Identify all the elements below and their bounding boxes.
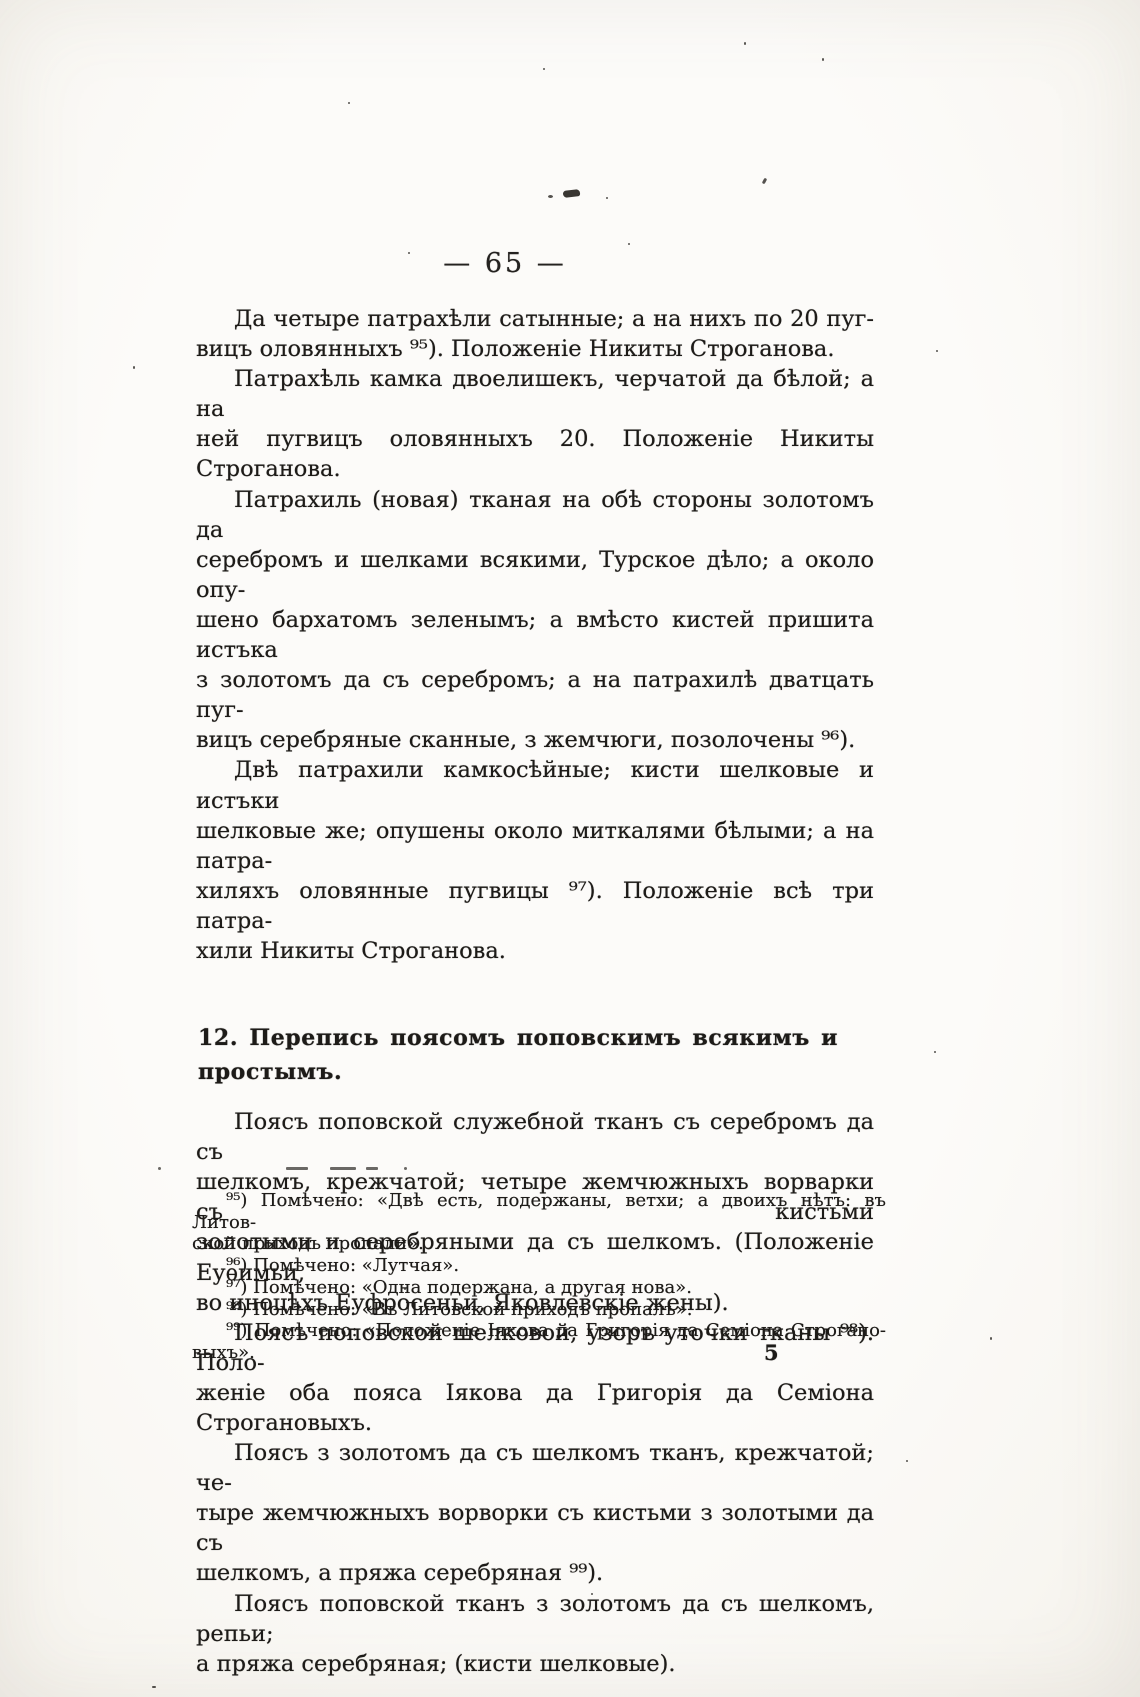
text-line: вицъ серебряные сканные, з жемчюги, позо… bbox=[196, 725, 874, 755]
text-line: хили Никиты Строганова. bbox=[196, 936, 874, 966]
text-line: тыре жемчюжныхъ ворворки съ кистьми з зо… bbox=[196, 1498, 874, 1558]
ink-speck bbox=[628, 243, 630, 245]
footnote-line: ⁹⁶) Помѣчено: «Лутчая». bbox=[192, 1255, 886, 1277]
text-line: хиляхъ оловянные пугвицы ⁹⁷). Положеніе … bbox=[196, 876, 874, 936]
text-line: шелкомъ, а пряжа серебряная ⁹⁹). bbox=[196, 1558, 874, 1588]
ink-speck bbox=[990, 1337, 992, 1340]
ink-speck bbox=[822, 58, 824, 61]
text-line: Патрахиль (новая) тканая на обѣ стороны … bbox=[196, 485, 874, 545]
text-line: Двѣ патрахили камкосѣйные; кисти шелковы… bbox=[196, 755, 874, 815]
ink-speck bbox=[591, 1593, 593, 1595]
paragraph: Да четыре патрахѣли сатынные; а на нихъ … bbox=[196, 304, 874, 364]
text-line: Да четыре патрахѣли сатынные; а на нихъ … bbox=[196, 304, 874, 334]
text-line: вицъ оловянныхъ ⁹⁵). Положеніе Никиты Ст… bbox=[196, 334, 874, 364]
text-line: а пряжа серебряная; (кисти шелковые). bbox=[196, 1649, 874, 1679]
text-line: шено бархатомъ зеленымъ; а вмѣсто кистей… bbox=[196, 605, 874, 665]
ink-speck bbox=[152, 1686, 156, 1688]
ink-speck bbox=[934, 1051, 936, 1053]
footnote-separator bbox=[158, 1166, 418, 1170]
text-line: ней пугвицъ оловянныхъ 20. Положеніе Ник… bbox=[196, 424, 874, 484]
paragraph: Патрахѣль камка двоелишекъ, черчатой да … bbox=[196, 364, 874, 484]
page-number: — 65 — bbox=[0, 248, 1010, 279]
ink-speck bbox=[606, 197, 608, 199]
footnote-line: ской приходъ пропали». bbox=[192, 1233, 886, 1255]
footnote-line: ⁹⁵) Помѣчено: «Двѣ есть, подержаны, ветх… bbox=[192, 1190, 886, 1233]
ink-speck bbox=[133, 366, 135, 369]
ink-blot bbox=[563, 189, 581, 198]
ink-speck bbox=[906, 1460, 908, 1462]
text-line: Поясъ з золотомъ да съ шелкомъ тканъ, кр… bbox=[196, 1438, 874, 1498]
paragraph: Поясъ з золотомъ да съ шелкомъ тканъ, кр… bbox=[196, 1438, 874, 1588]
text-line: женіе оба пояса Іякова да Григорія да Се… bbox=[196, 1378, 874, 1438]
paragraph: Поясъ поповской тканъ з золотомъ да съ ш… bbox=[196, 1589, 874, 1679]
ink-speck bbox=[348, 102, 350, 104]
paragraph: Двѣ патрахили камкосѣйные; кисти шелковы… bbox=[196, 755, 874, 966]
ink-speck bbox=[404, 1288, 406, 1290]
footnote-line: ⁹⁹) Помѣчено: «Положеніе Іякова да Григо… bbox=[192, 1320, 886, 1342]
section-heading: 12. Перепись поясомъ поповскимъ всякимъ … bbox=[198, 1021, 874, 1089]
ink-speck bbox=[548, 195, 553, 198]
text-line: Патрахѣль камка двоелишекъ, черчатой да … bbox=[196, 364, 874, 424]
text-line: Поясъ поповской служебной тканъ съ сереб… bbox=[196, 1107, 874, 1167]
footnote-line: ⁹⁸) Помѣчено: «Въ Литовской приходъ проп… bbox=[192, 1299, 886, 1321]
signature-mark: 5 bbox=[764, 1340, 779, 1365]
footnotes-block: ⁹⁵) Помѣчено: «Двѣ есть, подержаны, ветх… bbox=[192, 1190, 886, 1364]
body-text: Да четыре патрахѣли сатынные; а на нихъ … bbox=[196, 304, 874, 1679]
scanned-book-page: — 65 — Да четыре патрахѣли сатынные; а н… bbox=[0, 0, 1140, 1697]
text-line: Поясъ поповской тканъ з золотомъ да съ ш… bbox=[196, 1589, 874, 1649]
text-line: шелковые же; опушены около миткалями бѣл… bbox=[196, 816, 874, 876]
ink-speck bbox=[543, 68, 545, 70]
ink-speck bbox=[762, 178, 767, 185]
paragraph: Патрахиль (новая) тканая на обѣ стороны … bbox=[196, 485, 874, 756]
text-line: з золотомъ да съ серебромъ; а на патрахи… bbox=[196, 665, 874, 725]
ink-speck bbox=[408, 252, 410, 254]
footnote-line: ⁹⁷) Помѣчено: «Одна подержана, а другая … bbox=[192, 1277, 886, 1299]
text-line: серебромъ и шелками всякими, Турское дѣл… bbox=[196, 545, 874, 605]
footnote-line: выхъ». bbox=[192, 1342, 886, 1364]
ink-speck bbox=[744, 42, 746, 45]
ink-speck bbox=[936, 350, 938, 352]
